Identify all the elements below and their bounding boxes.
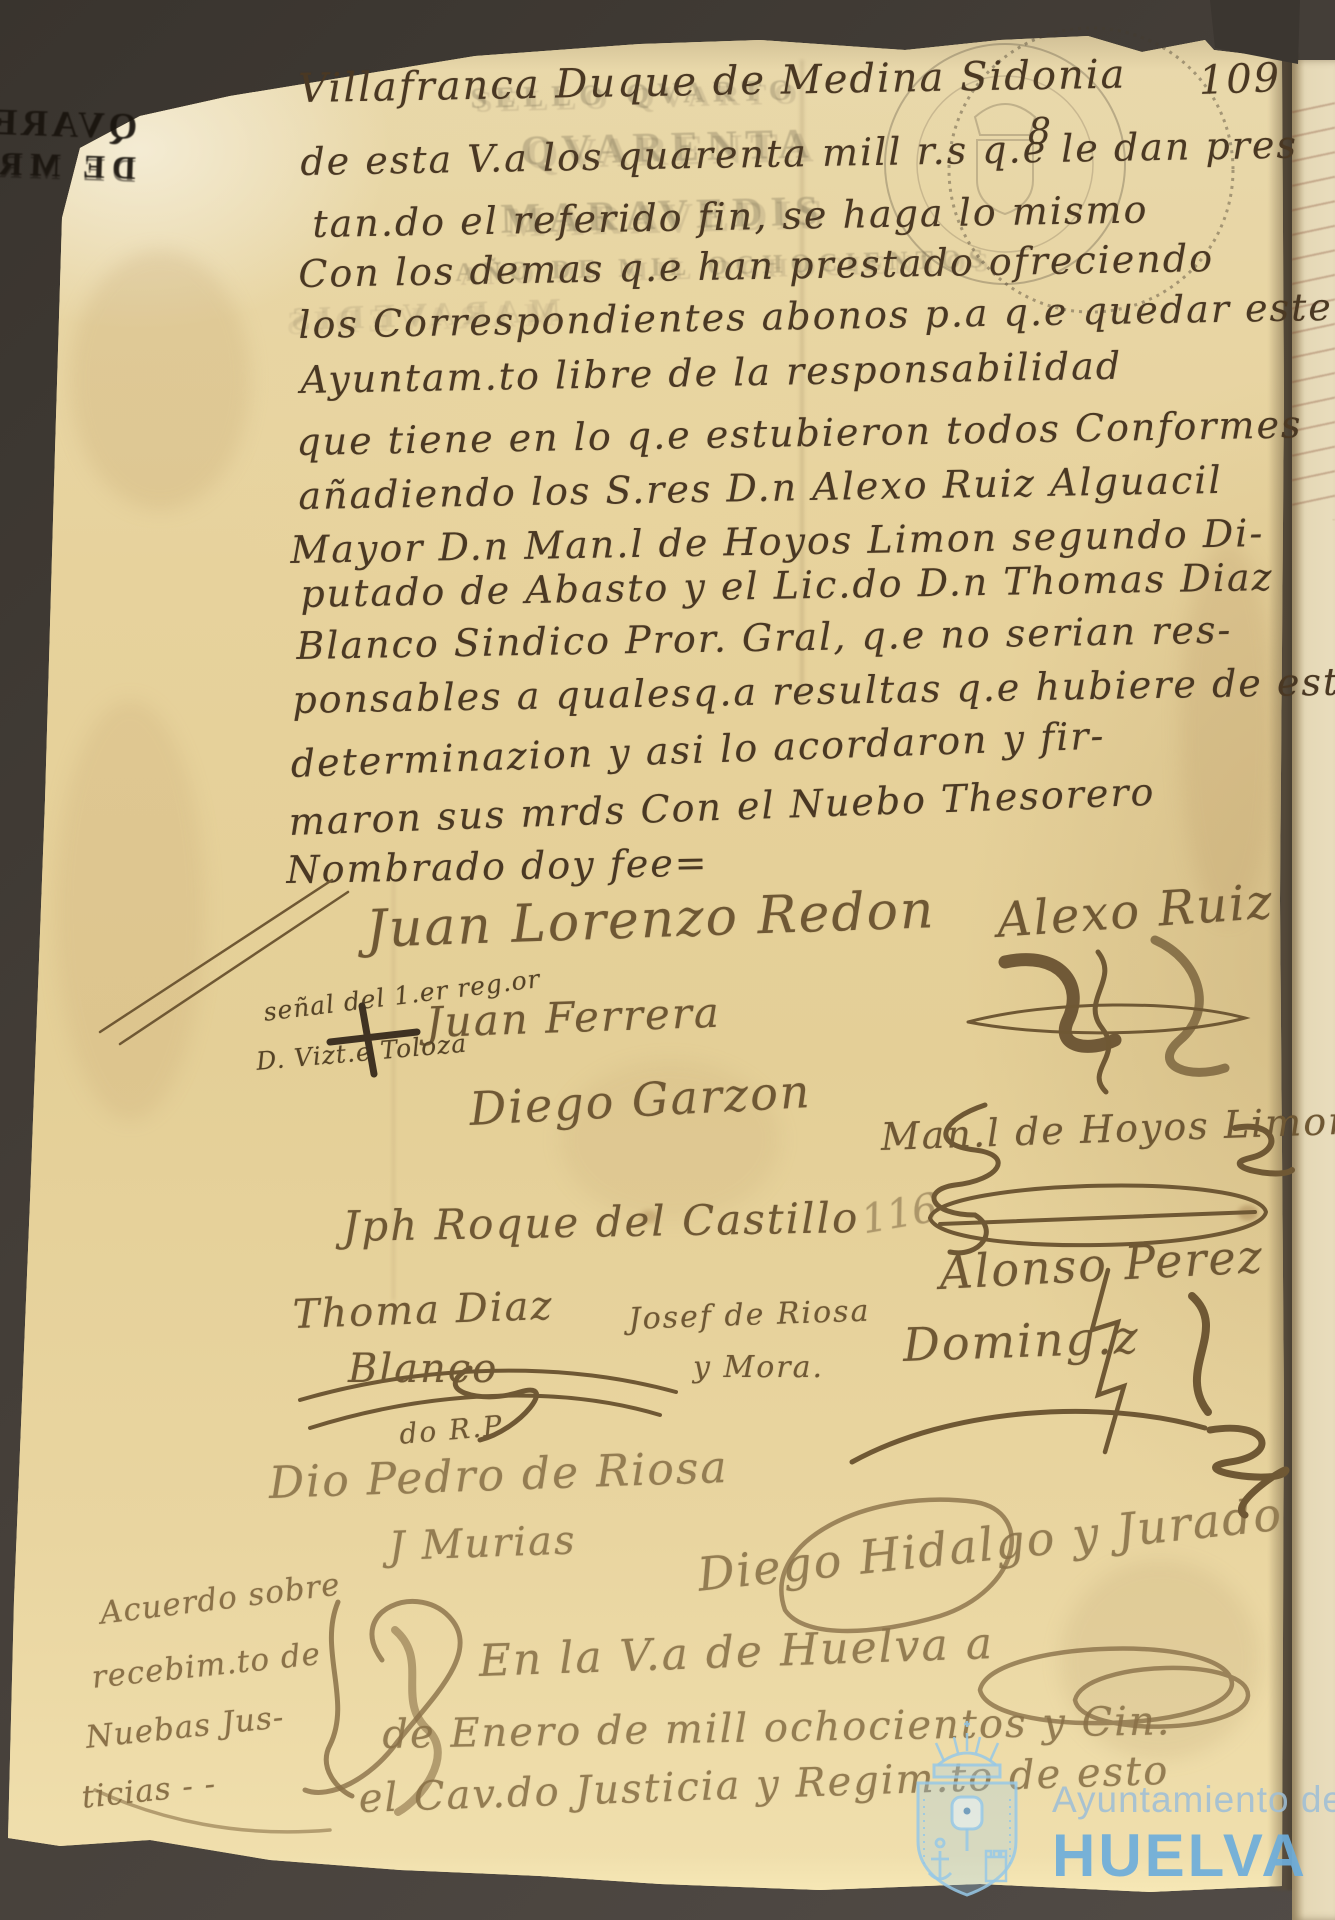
huelva-shield-logo [900,1735,1050,1920]
stamp-line: QVAREN- [0,99,138,149]
watermark-org-name: Ayuntamiento de [1052,1779,1335,1821]
crown-rays [936,1733,998,1761]
document-scan: SELLO QVARTOQVARENTAMARAVEDISAÑO DE MIL … [0,0,1335,1920]
crown-band [934,1765,1000,1777]
signatures-text: Doming.z [902,1310,1141,1372]
shield-tree-heart [964,1808,971,1815]
signatures-text: J Murias [388,1517,577,1570]
signatures-text: Jph Roque del Castillo [342,1193,860,1251]
revenue-stamp-mirrored: QVAREN- DE MRR [0,99,138,188]
body-lines-text: Nombrado doy fee= [286,841,709,892]
fox-spot [1238,1205,1258,1221]
interlinear-text: 8 [1028,112,1053,153]
paper-stain [70,250,250,510]
archive-watermark: Ayuntamiento de HUELVA [900,1735,1335,1920]
paper-stain [55,700,205,1120]
adjacent-page-edge [1292,60,1335,1920]
crown-arc [938,1753,996,1765]
page-number: 109 [1198,55,1282,104]
signatures-text: Thoma Diaz [292,1283,554,1338]
signatures-text: y Mora. [693,1350,824,1385]
signatures-text: Blanco [348,1346,498,1392]
stamp-line: DE MRR [0,144,136,188]
watermark-city-name: HUELVA [1052,1821,1308,1890]
